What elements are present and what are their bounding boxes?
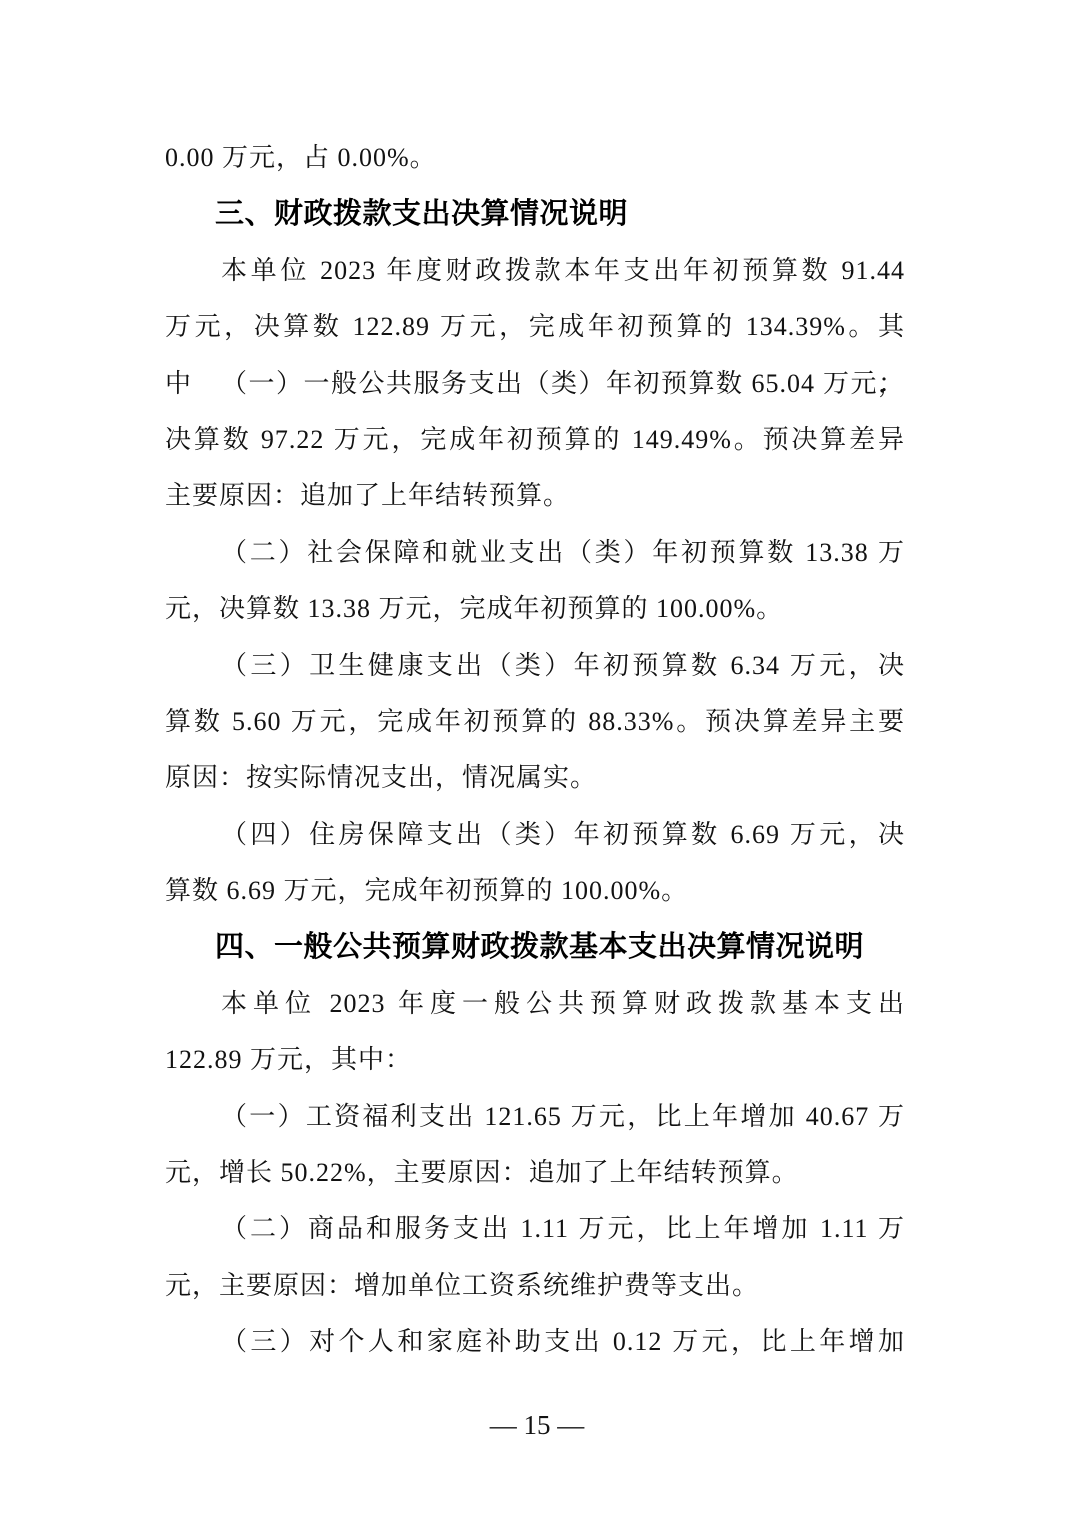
text-line: （三）卫生健康支出（类）年初预算数 6.34 万元，决 bbox=[165, 638, 905, 694]
page-number-footer: — 15 — bbox=[0, 1406, 1074, 1444]
text-line: 主要原因：追加了上年结转预算。 bbox=[165, 468, 905, 524]
text-line: （一）工资福利支出 121.65 万元，比上年增加 40.67 万 bbox=[165, 1089, 905, 1145]
text-line: （一）一般公共服务支出（类）年初预算数 65.04 万元， bbox=[165, 356, 905, 412]
text-line: 122.89 万元，其中： bbox=[165, 1032, 905, 1088]
text-line: 本单位 2023 年度财政拨款本年支出年初预算数 91.44 bbox=[165, 243, 905, 299]
text-line: 原因：按实际情况支出，情况属实。 bbox=[165, 750, 905, 806]
text-line: 元，决算数 13.38 万元，完成年初预算的 100.00%。 bbox=[165, 581, 905, 637]
text-line: 算数 6.69 万元，完成年初预算的 100.00%。 bbox=[165, 863, 905, 919]
text-line: 元，主要原因：增加单位工资系统维护费等支出。 bbox=[165, 1258, 905, 1314]
text-line: 决算数 97.22 万元，完成年初预算的 149.49%。预决算差异 bbox=[165, 412, 905, 468]
text-line: （二）社会保障和就业支出（类）年初预算数 13.38 万 bbox=[165, 525, 905, 581]
text-line: （二）商品和服务支出 1.11 万元，比上年增加 1.11 万 bbox=[165, 1201, 905, 1257]
section-heading: 四、一般公共预算财政拨款基本支出决算情况说明 bbox=[165, 919, 905, 975]
text-line: 万元，决算数 122.89 万元，完成年初预算的 134.39%。其中： bbox=[165, 299, 905, 355]
document-page: 0.00 万元，占 0.00%。三、财政拨款支出决算情况说明本单位 2023 年… bbox=[0, 0, 1074, 1520]
section-heading: 三、财政拨款支出决算情况说明 bbox=[165, 186, 905, 242]
document-body: 0.00 万元，占 0.00%。三、财政拨款支出决算情况说明本单位 2023 年… bbox=[165, 130, 905, 1371]
text-line: （三）对个人和家庭补助支出 0.12 万元，比上年增加 bbox=[165, 1314, 905, 1370]
text-line: 0.00 万元，占 0.00%。 bbox=[165, 130, 905, 186]
text-line: 元，增长 50.22%，主要原因：追加了上年结转预算。 bbox=[165, 1145, 905, 1201]
text-line: 本单位 2023 年度一般公共预算财政拨款基本支出 bbox=[165, 976, 905, 1032]
text-line: （四）住房保障支出（类）年初预算数 6.69 万元，决 bbox=[165, 807, 905, 863]
text-line: 算数 5.60 万元，完成年初预算的 88.33%。预决算差异主要 bbox=[165, 694, 905, 750]
